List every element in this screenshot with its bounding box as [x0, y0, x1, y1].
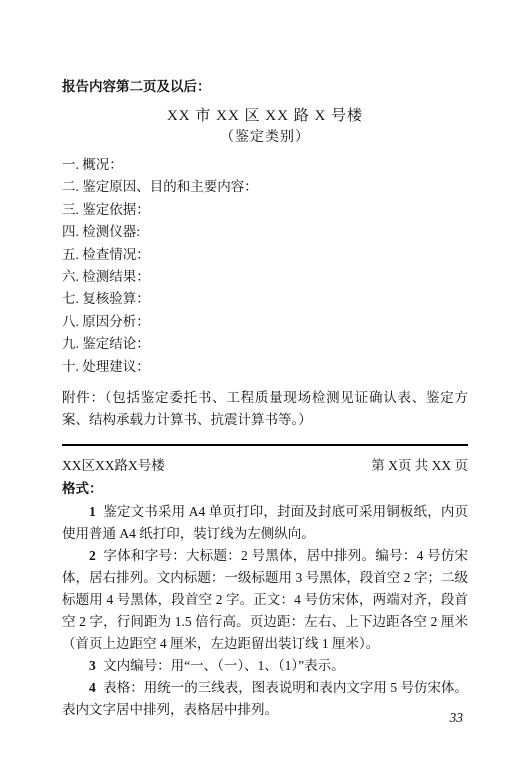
outline-list: 一. 概况： 二. 鉴定原因、目的和主要内容： 三. 鉴定依据： 四. 检测仪器…: [62, 154, 468, 378]
format-heading: 格式：: [62, 479, 468, 499]
doc-subtitle: （鉴定类别）: [62, 127, 468, 148]
outline-item-3: 三. 鉴定依据：: [62, 199, 468, 221]
outline-item-5: 五. 检查情况：: [62, 244, 468, 266]
section-divider: [62, 444, 468, 446]
outline-item-7: 七. 复核验算：: [62, 288, 468, 310]
outline-item-6: 六. 检测结果：: [62, 266, 468, 288]
outline-item-9: 九. 鉴定结论：: [62, 333, 468, 355]
format-item-3: 3文内编号：用“一、（一）、1、（1）”表示。: [62, 655, 468, 677]
format-item-2-number: 2: [89, 548, 96, 563]
section-heading: 报告内容第二页及以后：: [62, 78, 468, 96]
outline-item-2: 二. 鉴定原因、目的和主要内容：: [62, 176, 468, 198]
format-item-4-number: 4: [89, 680, 96, 695]
format-item-4: 4表格：用统一的三线表，图表说明和表内文字用 5 号仿宋体。表内文字居中排列，表…: [62, 677, 468, 721]
outline-item-8: 八. 原因分析：: [62, 311, 468, 333]
format-item-1: 1鉴定文书采用 A4 单页打印，封面及封底可采用铜板纸，内页使用普通 A4 纸打…: [62, 501, 468, 545]
doc-title: XX 市 XX 区 XX 路 X 号楼: [62, 106, 468, 127]
outline-item-4: 四. 检测仪器:: [62, 221, 468, 243]
format-item-2-text: 字体和字号：大标题：2 号黑体，居中排列。编号：4 号仿宋体，居右排列。文内标题…: [62, 548, 468, 651]
outline-item-1: 一. 概况：: [62, 154, 468, 176]
format-item-4-text: 表格：用统一的三线表，图表说明和表内文字用 5 号仿宋体。表内文字居中排列，表格…: [62, 680, 468, 717]
format-item-1-text: 鉴定文书采用 A4 单页打印，封面及封底可采用铜板纸，内页使用普通 A4 纸打印…: [62, 504, 468, 541]
format-item-1-number: 1: [89, 504, 96, 519]
document-page: 报告内容第二页及以后： XX 市 XX 区 XX 路 X 号楼 （鉴定类别） 一…: [0, 0, 529, 766]
running-header-right: 第 X页 共 XX 页: [371, 457, 468, 475]
running-header: XX区XX路X号楼 第 X页 共 XX 页: [62, 457, 468, 475]
outline-item-10: 十. 处理建议：: [62, 356, 468, 378]
page-content: 报告内容第二页及以后： XX 市 XX 区 XX 路 X 号楼 （鉴定类别） 一…: [62, 78, 468, 721]
running-header-left: XX区XX路X号楼: [62, 457, 165, 475]
format-item-2: 2字体和字号：大标题：2 号黑体，居中排列。编号：4 号仿宋体，居右排列。文内标…: [62, 545, 468, 655]
format-item-3-text: 文内编号：用“一、（一）、1、（1）”表示。: [103, 658, 344, 673]
format-item-3-number: 3: [89, 658, 96, 673]
page-number: 33: [450, 710, 464, 726]
attachment-note: 附件：（包括鉴定委托书、工程质量现场检测见证确认表、鉴定方案、结构承载力计算书、…: [62, 387, 468, 431]
